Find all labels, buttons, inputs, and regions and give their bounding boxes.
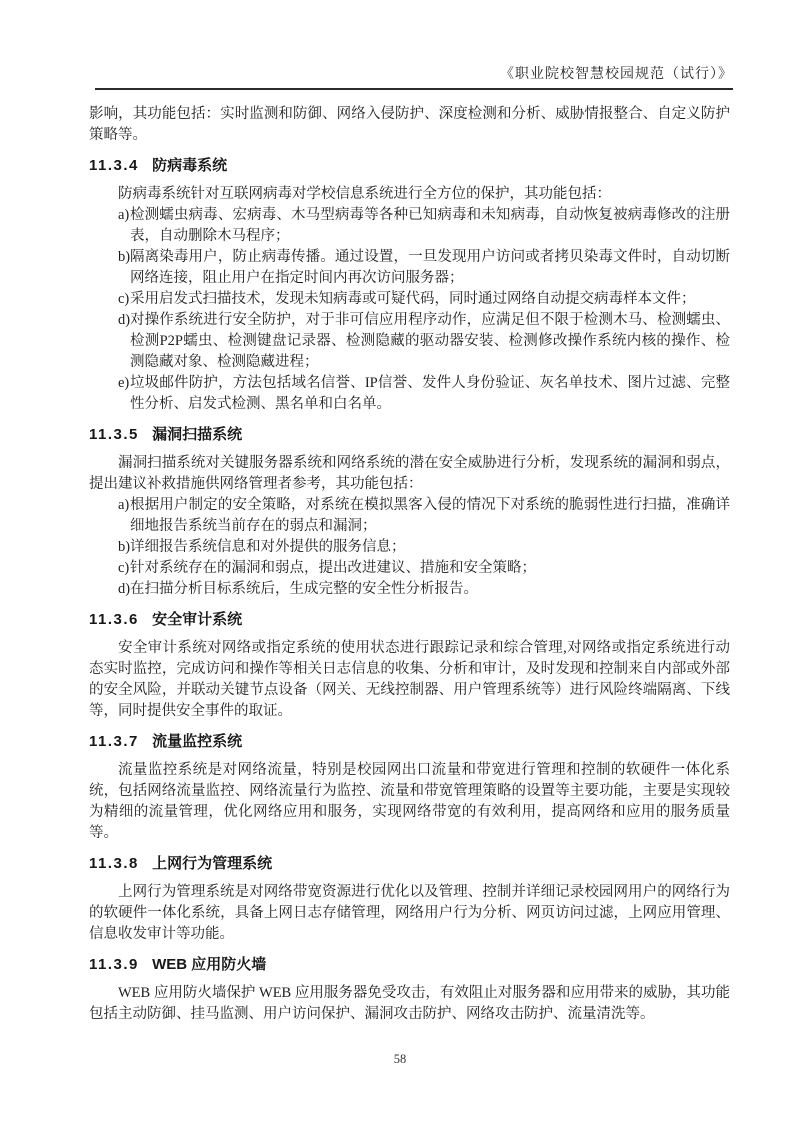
section-heading-11-3-6: 11.3.6 安全审计系统 [89, 609, 730, 630]
section-list-11-3-4: a) 检测蠕虫病毒、宏病毒、木马型病毒等各种已知病毒和未知病毒，自动恢复被病毒修… [89, 205, 730, 415]
list-marker: d) [118, 310, 130, 331]
list-item: b) 详细报告系统信息和对外提供的服务信息； [89, 537, 730, 558]
list-marker: d) [118, 579, 130, 600]
section-title: 上网行为管理系统 [152, 855, 272, 872]
list-text: 隔离染毒用户，防止病毒传播。通过设置，一旦发现用户访问或者拷贝染毒文件时，自动切… [130, 249, 730, 286]
section-paragraph-11-3-5: 漏洞扫描系统对关键服务器系统和网络系统的潜在安全威胁进行分析，发现系统的漏洞和弱… [89, 453, 730, 495]
header-rule [95, 88, 733, 90]
section-title: 流量监控系统 [152, 733, 242, 750]
section-number: 11.3.8 [89, 855, 139, 872]
continuation-paragraph: 影响，其功能包括：实时监测和防御、网络入侵防护、深度检测和分析、威胁情报整合、自… [89, 104, 730, 146]
list-item: c) 采用启发式扫描技术，发现未知病毒或可疑代码，同时通过网络自动提交病毒样本文… [89, 289, 730, 310]
list-text: 检测蠕虫病毒、宏病毒、木马型病毒等各种已知病毒和未知病毒，自动恢复被病毒修改的注… [130, 207, 730, 244]
section-title: WEB 应用防火墙 [152, 956, 266, 973]
section-number: 11.3.7 [89, 733, 139, 750]
list-marker: a) [118, 495, 129, 516]
section-heading-11-3-5: 11.3.5 漏洞扫描系统 [89, 424, 730, 445]
list-marker: c) [118, 289, 129, 310]
section-heading-11-3-9: 11.3.9 WEB 应用防火墙 [89, 954, 730, 975]
list-item: a) 根据用户制定的安全策略，对系统在模拟黑客入侵的情况下对系统的脆弱性进行扫描… [89, 495, 730, 537]
section-heading-11-3-8: 11.3.8 上网行为管理系统 [89, 853, 730, 874]
list-item: a) 检测蠕虫病毒、宏病毒、木马型病毒等各种已知病毒和未知病毒，自动恢复被病毒修… [89, 205, 730, 247]
section-number: 11.3.4 [89, 157, 139, 174]
section-heading-11-3-4: 11.3.4 防病毒系统 [89, 155, 730, 176]
list-marker: a) [118, 205, 129, 226]
section-number: 11.3.5 [89, 426, 139, 443]
section-paragraph-11-3-6: 安全审计系统对网络或指定系统的使用状态进行跟踪记录和综合管理,对网络或指定系统进… [89, 638, 730, 722]
section-title: 防病毒系统 [152, 157, 227, 174]
section-paragraph-11-3-9: WEB 应用防火墙保护 WEB 应用服务器免受攻击，有效阻止对服务器和应用带来的… [89, 983, 730, 1025]
section-number: 11.3.9 [89, 956, 139, 973]
page-header: 《职业院校智慧校园规范（试行）》 [95, 63, 733, 90]
list-text: 在扫描分析目标系统后，生成完整的安全性分析报告。 [130, 581, 478, 597]
page-number: 58 [394, 1052, 407, 1066]
document-page: 《职业院校智慧校园规范（试行）》 影响，其功能包括：实时监测和防御、网络入侵防护… [0, 0, 800, 1131]
list-marker: b) [118, 537, 130, 558]
section-title: 安全审计系统 [152, 611, 242, 628]
list-text: 根据用户制定的安全策略，对系统在模拟黑客入侵的情况下对系统的脆弱性进行扫描，准确… [130, 497, 730, 534]
section-heading-11-3-7: 11.3.7 流量监控系统 [89, 731, 730, 752]
list-text: 对操作系统进行安全防护，对于非可信应用程序动作，应满足但不限于检测木马、检测蠕虫… [130, 312, 730, 370]
list-item: d) 在扫描分析目标系统后，生成完整的安全性分析报告。 [89, 579, 730, 600]
list-text: 针对系统存在的漏洞和弱点，提出改进建议、措施和安全策略； [130, 560, 536, 576]
list-text: 详细报告系统信息和对外提供的服务信息； [130, 539, 406, 555]
list-item: e) 垃圾邮件防护，方法包括域名信誉、IP信誉、发件人身份验证、灰名单技术、图片… [89, 373, 730, 415]
header-title: 《职业院校智慧校园规范（试行）》 [95, 63, 733, 83]
list-item: b) 隔离染毒用户，防止病毒传播。通过设置，一旦发现用户访问或者拷贝染毒文件时，… [89, 247, 730, 289]
list-marker: e) [118, 373, 129, 394]
section-title: 漏洞扫描系统 [152, 426, 242, 443]
section-paragraph-11-3-7: 流量监控系统是对网络流量，特别是校园网出口流量和带宽进行管理和控制的软硬件一体化… [89, 760, 730, 844]
section-paragraph-11-3-8: 上网行为管理系统是对网络带宽资源进行优化以及管理、控制并详细记录校园网用户的网络… [89, 882, 730, 945]
list-marker: b) [118, 247, 130, 268]
page-footer: 58 [0, 1052, 800, 1067]
section-number: 11.3.6 [89, 611, 139, 628]
list-text: 垃圾邮件防护，方法包括域名信誉、IP信誉、发件人身份验证、灰名单技术、图片过滤、… [130, 375, 730, 412]
page-content: 影响，其功能包括：实时监测和防御、网络入侵防护、深度检测和分析、威胁情报整合、自… [89, 104, 730, 1025]
list-item: c) 针对系统存在的漏洞和弱点，提出改进建议、措施和安全策略； [89, 558, 730, 579]
list-item: d) 对操作系统进行安全防护，对于非可信应用程序动作，应满足但不限于检测木马、检… [89, 310, 730, 373]
list-marker: c) [118, 558, 129, 579]
section-paragraph-11-3-4: 防病毒系统针对互联网病毒对学校信息系统进行全方位的保护，其功能包括： [89, 184, 730, 205]
section-list-11-3-5: a) 根据用户制定的安全策略，对系统在模拟黑客入侵的情况下对系统的脆弱性进行扫描… [89, 495, 730, 600]
list-text: 采用启发式扫描技术，发现未知病毒或可疑代码，同时通过网络自动提交病毒样本文件； [130, 291, 696, 307]
